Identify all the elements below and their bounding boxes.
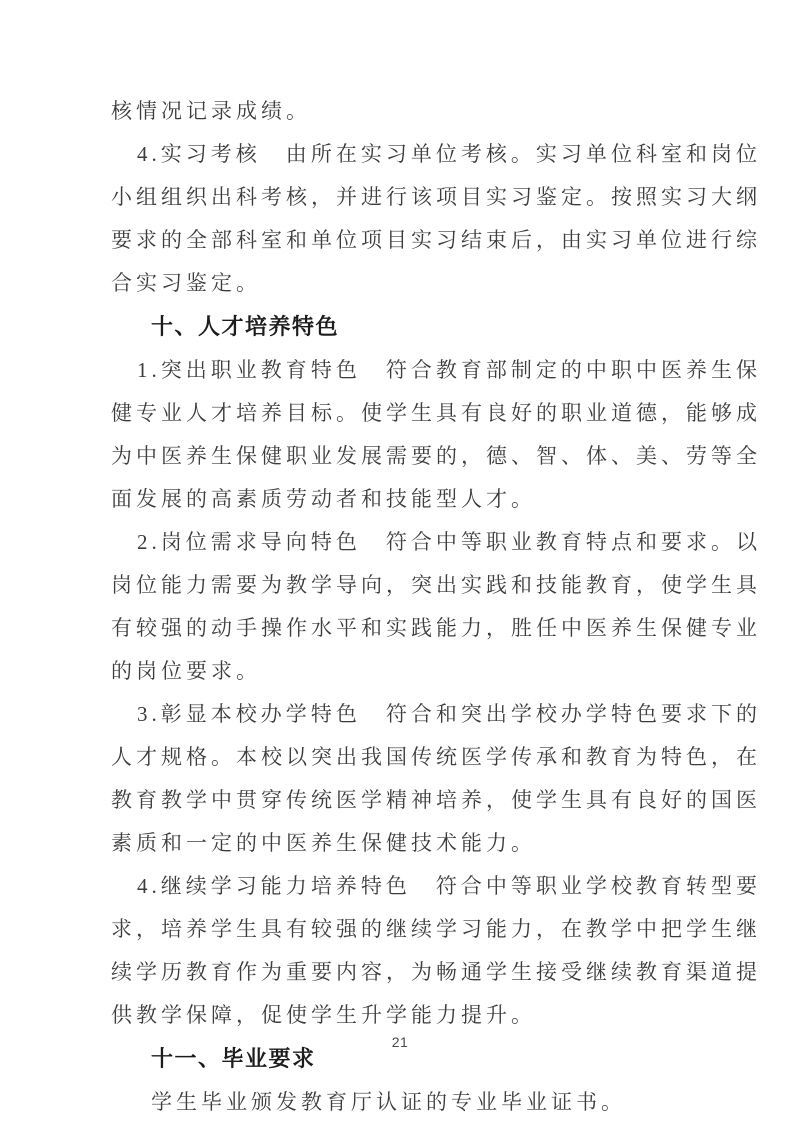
body-paragraph-graduation: 学生毕业颁发教育厅认证的专业毕业证书。 [111,1081,761,1124]
body-paragraph-feature-2: 2.岗位需求导向特色 符合中等职业教育特点和要求。以岗位能力需要为教学导向，突出… [111,521,761,693]
body-paragraph-internship-assessment: 4.实习考核 由所在实习单位考核。实习单位科室和岗位小组组织出科考核，并进行该项… [111,133,761,305]
page-content: 核情况记录成绩。 4.实习考核 由所在实习单位考核。实习单位科室和岗位小组组织出… [111,90,761,1124]
page-number: 21 [0,1034,800,1050]
body-paragraph-feature-1: 1.突出职业教育特色 符合教育部制定的中职中医养生保健专业人才培养目标。使学生具… [111,349,761,521]
body-paragraph-continuation: 核情况记录成绩。 [111,90,761,133]
body-paragraph-feature-4: 4.继续学习能力培养特色 符合中等职业学校教育转型要求，培养学生具有较强的继续学… [111,865,761,1037]
document-page: 核情况记录成绩。 4.实习考核 由所在实习单位考核。实习单位科室和岗位小组组织出… [0,0,800,1131]
section-heading-talent-training-features: 十、人才培养特色 [111,305,761,349]
body-paragraph-feature-3: 3.彰显本校办学特色 符合和突出学校办学特色要求下的人才规格。本校以突出我国传统… [111,693,761,865]
